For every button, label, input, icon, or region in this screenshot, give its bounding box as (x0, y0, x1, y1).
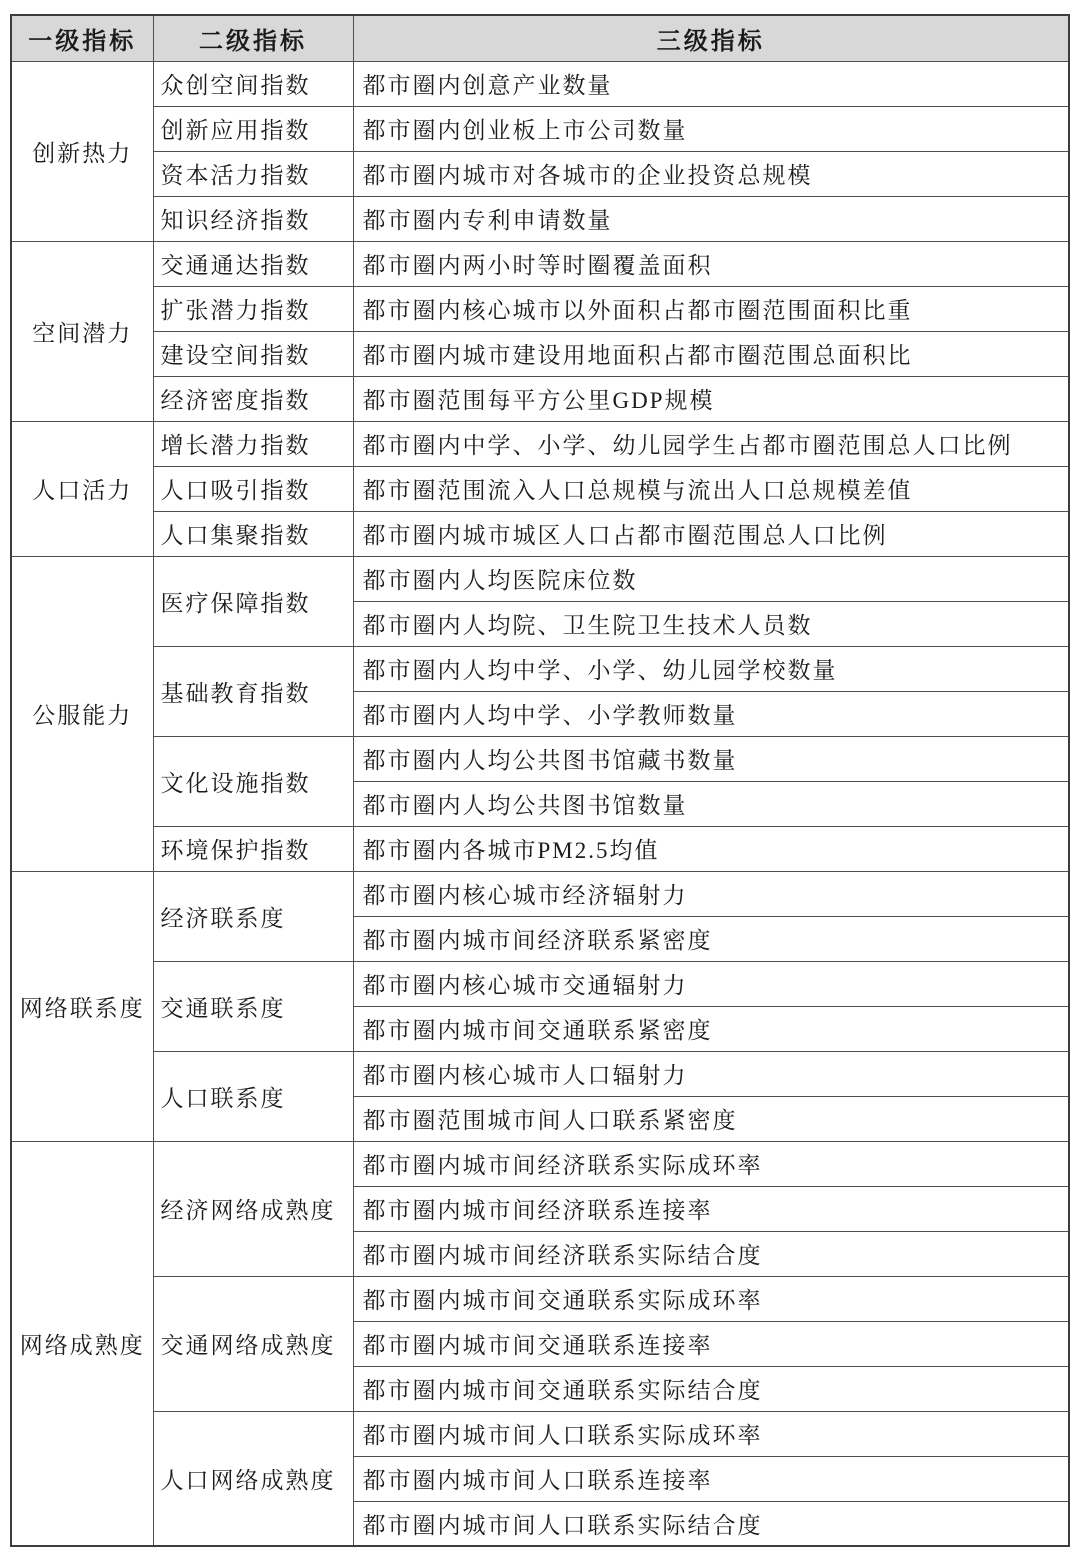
level2-cell: 经济密度指数 (153, 376, 353, 421)
level3-cell: 都市圈内城市城区人口占都市圈范围总人口比例 (353, 511, 1069, 556)
level2-cell: 交通网络成熟度 (153, 1276, 353, 1411)
level3-cell: 都市圈内城市间交通联系紧密度 (353, 1006, 1069, 1051)
table-row: 基础教育指数都市圈内人均中学、小学、幼儿园学校数量 (11, 646, 1069, 691)
table-row: 网络成熟度经济网络成熟度都市圈内城市间经济联系实际成环率 (11, 1141, 1069, 1186)
table-row: 空间潜力交通通达指数都市圈内两小时等时圈覆盖面积 (11, 241, 1069, 286)
table-row: 环境保护指数都市圈内各城市PM2.5均值 (11, 826, 1069, 871)
level2-cell: 交通通达指数 (153, 241, 353, 286)
table-row: 创新应用指数都市圈内创业板上市公司数量 (11, 106, 1069, 151)
level3-cell: 都市圈内各城市PM2.5均值 (353, 826, 1069, 871)
table-row: 人口网络成熟度都市圈内城市间人口联系实际成环率 (11, 1411, 1069, 1456)
indicator-table: 一级指标 二级指标 三级指标 创新热力众创空间指数都市圈内创意产业数量创新应用指… (10, 14, 1070, 1547)
table-row: 文化设施指数都市圈内人均公共图书馆藏书数量 (11, 736, 1069, 781)
header-level1: 一级指标 (11, 15, 153, 61)
header-level2: 二级指标 (153, 15, 353, 61)
level3-cell: 都市圈内城市间经济联系实际成环率 (353, 1141, 1069, 1186)
level2-cell: 环境保护指数 (153, 826, 353, 871)
table-row: 经济密度指数都市圈范围每平方公里GDP规模 (11, 376, 1069, 421)
table-row: 知识经济指数都市圈内专利申请数量 (11, 196, 1069, 241)
level3-cell: 都市圈范围城市间人口联系紧密度 (353, 1096, 1069, 1141)
level1-cell: 公服能力 (11, 556, 153, 871)
level3-cell: 都市圈内城市间交通联系实际结合度 (353, 1366, 1069, 1411)
table-header: 一级指标 二级指标 三级指标 (11, 15, 1069, 61)
level3-cell: 都市圈内城市对各城市的企业投资总规模 (353, 151, 1069, 196)
level3-cell: 都市圈内两小时等时圈覆盖面积 (353, 241, 1069, 286)
level2-cell: 文化设施指数 (153, 736, 353, 826)
table-row: 网络联系度经济联系度都市圈内核心城市经济辐射力 (11, 871, 1069, 916)
level3-cell: 都市圈内城市间经济联系连接率 (353, 1186, 1069, 1231)
level3-cell: 都市圈内人均中学、小学教师数量 (353, 691, 1069, 736)
level2-cell: 知识经济指数 (153, 196, 353, 241)
level3-cell: 都市圈内城市间经济联系紧密度 (353, 916, 1069, 961)
level2-cell: 人口网络成熟度 (153, 1411, 353, 1546)
table-row: 人口集聚指数都市圈内城市城区人口占都市圈范围总人口比例 (11, 511, 1069, 556)
level1-cell: 人口活力 (11, 421, 153, 556)
level3-cell: 都市圈内城市间交通联系实际成环率 (353, 1276, 1069, 1321)
table-row: 交通联系度都市圈内核心城市交通辐射力 (11, 961, 1069, 1006)
level3-cell: 都市圈内人均公共图书馆藏书数量 (353, 736, 1069, 781)
level3-cell: 都市圈内城市建设用地面积占都市圈范围总面积比 (353, 331, 1069, 376)
level3-cell: 都市圈内人均医院床位数 (353, 556, 1069, 601)
level2-cell: 人口联系度 (153, 1051, 353, 1141)
level1-cell: 创新热力 (11, 61, 153, 241)
level1-cell: 网络联系度 (11, 871, 153, 1141)
level3-cell: 都市圈内人均院、卫生院卫生技术人员数 (353, 601, 1069, 646)
table-row: 扩张潜力指数都市圈内核心城市以外面积占都市圈范围面积比重 (11, 286, 1069, 331)
level3-cell: 都市圈内人均公共图书馆数量 (353, 781, 1069, 826)
level3-cell: 都市圈内创业板上市公司数量 (353, 106, 1069, 151)
level3-cell: 都市圈内城市间交通联系连接率 (353, 1321, 1069, 1366)
table-row: 人口联系度都市圈内核心城市人口辐射力 (11, 1051, 1069, 1096)
level2-cell: 医疗保障指数 (153, 556, 353, 646)
table-row: 公服能力医疗保障指数都市圈内人均医院床位数 (11, 556, 1069, 601)
header-row: 一级指标 二级指标 三级指标 (11, 15, 1069, 61)
level3-cell: 都市圈内中学、小学、幼儿园学生占都市圈范围总人口比例 (353, 421, 1069, 466)
level3-cell: 都市圈内核心城市交通辐射力 (353, 961, 1069, 1006)
level1-cell: 空间潜力 (11, 241, 153, 421)
level2-cell: 经济联系度 (153, 871, 353, 961)
level1-cell: 网络成熟度 (11, 1141, 153, 1546)
level2-cell: 扩张潜力指数 (153, 286, 353, 331)
level2-cell: 增长潜力指数 (153, 421, 353, 466)
table-row: 人口吸引指数都市圈范围流入人口总规模与流出人口总规模差值 (11, 466, 1069, 511)
level3-cell: 都市圈内核心城市以外面积占都市圈范围面积比重 (353, 286, 1069, 331)
table-row: 创新热力众创空间指数都市圈内创意产业数量 (11, 61, 1069, 106)
level3-cell: 都市圈内核心城市经济辐射力 (353, 871, 1069, 916)
level3-cell: 都市圈内人均中学、小学、幼儿园学校数量 (353, 646, 1069, 691)
level2-cell: 交通联系度 (153, 961, 353, 1051)
level3-cell: 都市圈内创意产业数量 (353, 61, 1069, 106)
level3-cell: 都市圈内城市间经济联系实际结合度 (353, 1231, 1069, 1276)
document-page: 一级指标 二级指标 三级指标 创新热力众创空间指数都市圈内创意产业数量创新应用指… (0, 0, 1080, 1555)
table-row: 资本活力指数都市圈内城市对各城市的企业投资总规模 (11, 151, 1069, 196)
level3-cell: 都市圈内城市间人口联系实际结合度 (353, 1501, 1069, 1546)
level2-cell: 众创空间指数 (153, 61, 353, 106)
level3-cell: 都市圈范围流入人口总规模与流出人口总规模差值 (353, 466, 1069, 511)
level3-cell: 都市圈内核心城市人口辐射力 (353, 1051, 1069, 1096)
header-level3: 三级指标 (353, 15, 1069, 61)
level2-cell: 资本活力指数 (153, 151, 353, 196)
level3-cell: 都市圈范围每平方公里GDP规模 (353, 376, 1069, 421)
level3-cell: 都市圈内专利申请数量 (353, 196, 1069, 241)
level2-cell: 创新应用指数 (153, 106, 353, 151)
table-row: 交通网络成熟度都市圈内城市间交通联系实际成环率 (11, 1276, 1069, 1321)
indicator-table-body: 创新热力众创空间指数都市圈内创意产业数量创新应用指数都市圈内创业板上市公司数量资… (11, 61, 1069, 1546)
table-row: 人口活力增长潜力指数都市圈内中学、小学、幼儿园学生占都市圈范围总人口比例 (11, 421, 1069, 466)
level3-cell: 都市圈内城市间人口联系实际成环率 (353, 1411, 1069, 1456)
level2-cell: 建设空间指数 (153, 331, 353, 376)
level2-cell: 人口吸引指数 (153, 466, 353, 511)
level3-cell: 都市圈内城市间人口联系连接率 (353, 1456, 1069, 1501)
level2-cell: 人口集聚指数 (153, 511, 353, 556)
table-row: 建设空间指数都市圈内城市建设用地面积占都市圈范围总面积比 (11, 331, 1069, 376)
level2-cell: 基础教育指数 (153, 646, 353, 736)
level2-cell: 经济网络成熟度 (153, 1141, 353, 1276)
